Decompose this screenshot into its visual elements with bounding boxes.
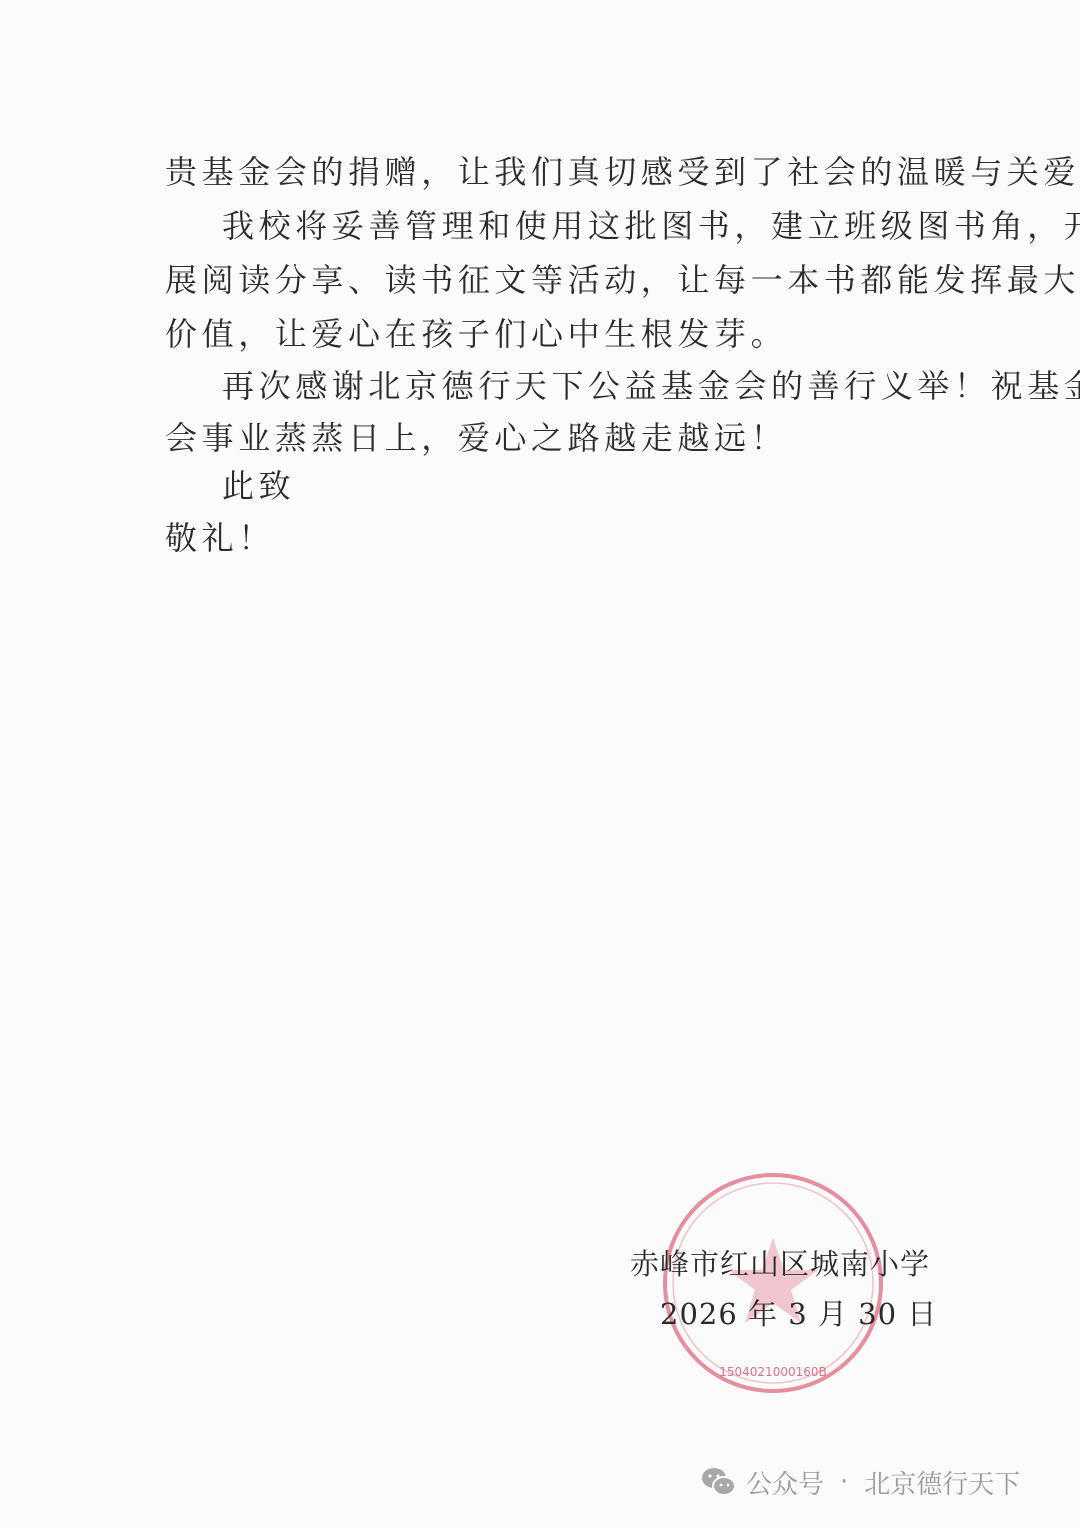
official-seal-stamp: 1504021000160B — [658, 1168, 888, 1398]
wechat-account-watermark: 公众号 · 北京德行天下 — [700, 1462, 1020, 1502]
letter-page: 贵基金会的捐赠，让我们真切感受到了社会的温暖与关爱。 我校将妥善管理和使用这批图… — [0, 0, 1080, 1528]
closing-line: 此致 — [222, 466, 295, 506]
letter-line: 贵基金会的捐赠，让我们真切感受到了社会的温暖与关爱。 — [165, 152, 1080, 192]
letter-line: 展阅读分享、读书征文等活动，让每一本书都能发挥最大的 — [165, 260, 1080, 300]
footer-account: 北京德行天下 — [864, 1464, 1020, 1501]
letter-line: 再次感谢北京德行天下公益基金会的善行义举！祝基金 — [222, 366, 1080, 406]
letter-line: 价值，让爱心在孩子们心中生根发芽。 — [165, 314, 787, 354]
footer-label: 公众号 — [746, 1464, 824, 1501]
signature-date: 2026 年 3 月 30 日 — [660, 1296, 937, 1332]
svg-text:1504021000160B: 1504021000160B — [719, 1365, 826, 1379]
wechat-icon — [700, 1466, 736, 1498]
letter-line: 会事业蒸蒸日上，爱心之路越走越远！ — [165, 418, 787, 458]
salutation-line: 敬礼！ — [165, 518, 275, 558]
letter-line: 我校将妥善管理和使用这批图书，建立班级图书角，开 — [222, 206, 1080, 246]
signature-organization: 赤峰市红山区城南小学 — [630, 1246, 930, 1282]
footer-separator: · — [840, 1467, 848, 1497]
